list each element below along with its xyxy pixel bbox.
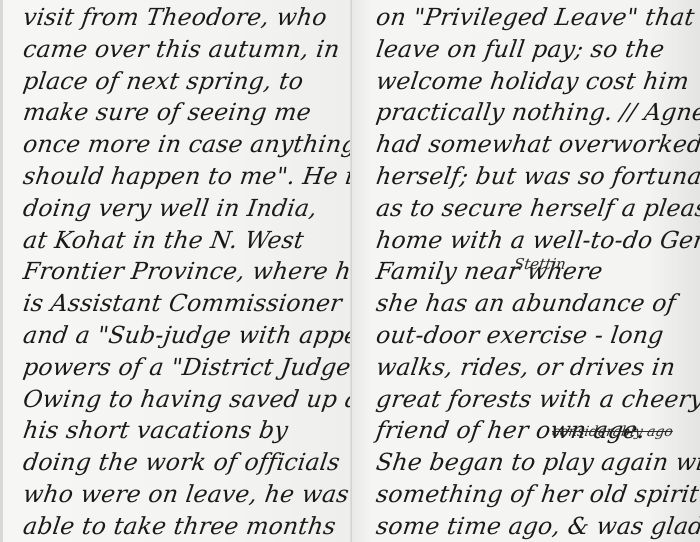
handwritten-line: place of next spring, to bbox=[21, 66, 356, 98]
handwritten-line: came over this autumn, in bbox=[21, 34, 356, 66]
handwritten-line: home with a well-to-do German bbox=[374, 225, 700, 257]
handwritten-line: practically nothing. // Agnes bbox=[374, 97, 700, 129]
handwritten-line: Frontier Province, where he bbox=[21, 256, 356, 288]
right-page: on "Privileged Leave" that is leave on f… bbox=[352, 0, 700, 542]
handwritten-line: Owing to having saved up all bbox=[21, 384, 356, 416]
handwritten-line: his short vacations by bbox=[21, 415, 356, 447]
handwritten-line: once more in case anything bbox=[21, 129, 356, 161]
handwritten-line: doing the work of officials bbox=[21, 447, 356, 479]
handwritten-line: something of her old spirit bbox=[374, 479, 700, 511]
handwritten-line: leave on full pay; so the bbox=[374, 34, 700, 66]
handwritten-line: great forests with a cheery bbox=[374, 384, 700, 416]
handwritten-line: powers of a "District Judge" bbox=[21, 352, 356, 384]
handwritten-line: is Assistant Commissioner bbox=[21, 288, 356, 320]
handwritten-line: who were on leave, he was bbox=[21, 479, 356, 511]
handwritten-line: herself; but was so fortunate bbox=[374, 161, 700, 193]
handwritten-line: on "Privileged Leave" that is bbox=[374, 2, 700, 34]
handwritten-line: She began to play again with bbox=[374, 447, 700, 479]
handwritten-line: as to secure herself a pleasant bbox=[374, 193, 700, 225]
handwritten-line: had somewhat overworked bbox=[374, 129, 700, 161]
handwritten-line: visit from Theodore, who bbox=[21, 2, 356, 34]
handwritten-line: at Kohat in the N. West bbox=[21, 225, 356, 257]
handwritten-line: she has an abundance of bbox=[374, 288, 700, 320]
handwritten-line: out-door exercise - long bbox=[374, 320, 700, 352]
handwritten-line: should happen to me". He is bbox=[21, 161, 356, 193]
handwritten-line: and a "Sub-judge with appelate bbox=[21, 320, 356, 352]
handwritten-line: able to take three months bbox=[21, 511, 356, 542]
handwritten-line: make sure of seeing me bbox=[21, 97, 356, 129]
inserted-word: Stettin, bbox=[513, 255, 572, 273]
handwritten-line: doing very well in India, bbox=[21, 193, 356, 225]
handwritten-line: walks, rides, or drives in bbox=[374, 352, 700, 384]
left-page: visit from Theodore, who came over this … bbox=[0, 0, 352, 542]
letter-scan: visit from Theodore, who came over this … bbox=[0, 0, 700, 542]
left-page-lines: visit from Theodore, who came over this … bbox=[21, 0, 352, 542]
struck-through-text: considerably ago bbox=[551, 424, 674, 440]
handwritten-line: some time ago, & was glad to bbox=[374, 511, 700, 542]
handwritten-line: welcome holiday cost him bbox=[374, 66, 700, 98]
